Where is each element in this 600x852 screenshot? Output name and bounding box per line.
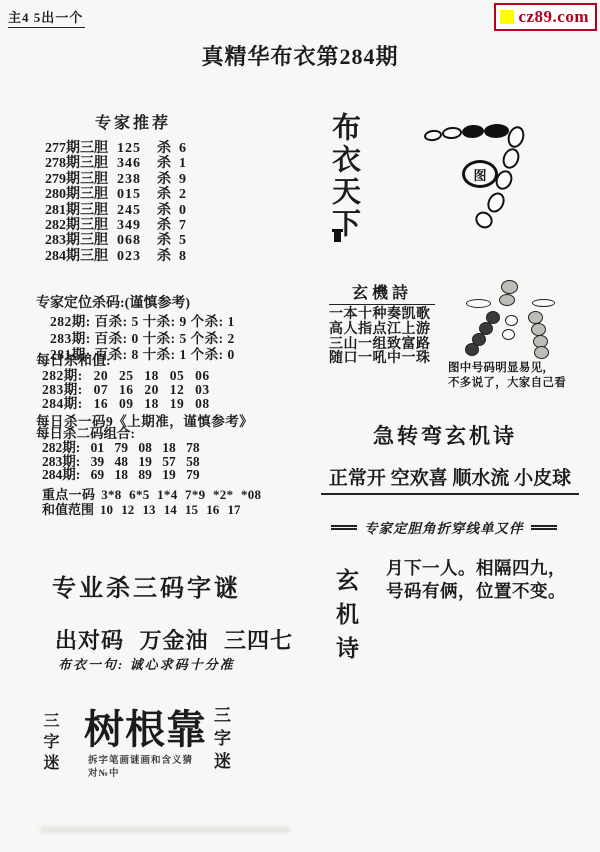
bead [484,189,508,215]
table-row: 278期三胆346杀1 [45,156,265,171]
sharp-turn-line: 正常开 空欢喜 顺水流 小皮球 [321,463,579,495]
daily-kill-two-line: 284期: 69 18 89 19 79 [36,468,200,482]
code: 238 [117,172,157,187]
daily-kill-sum-line: 282期: 20 25 18 05 06 [36,369,210,383]
kill-label: 杀 [157,172,179,187]
daily-kill-sum-section: 每日杀和值: 282期: 20 25 18 05 06283期: 07 16 2… [36,355,210,411]
kill-three-heading: 专业杀三码字谜 [52,568,241,603]
code: 245 [117,203,157,218]
daily-kill-sum-lines: 282期: 20 25 18 05 06283期: 07 16 20 12 03… [36,369,210,411]
table-row: 280期三胆015杀2 [45,187,265,202]
position-kill-line: 283期: 百杀: 0 十杀: 5 个杀: 2 [36,331,235,348]
kill-three-line: 出对码 万金油 三四七 [55,624,293,655]
logo-yellow-square-icon [500,10,514,24]
table-row: 281期三胆245杀0 [45,203,265,218]
table-row: 282期三胆349杀7 [45,218,265,233]
table-row: 284期三胆023杀8 [45,249,265,264]
bead-filled [484,124,509,139]
mystery-poem-lines: 月下一人。相隔四九，号码有俩，位置不变。 [386,557,566,603]
riddle-footnote-line: 拆字笔画谜画和含义猜 [88,755,193,768]
kill-digit: 2 [179,187,186,202]
daily-kill-two-line: 283期: 39 48 19 57 58 [36,455,200,469]
table-row: 283期三胆068杀5 [45,233,265,248]
period: 280期三胆 [45,187,117,202]
code: 068 [117,233,157,248]
mystery-poem-line: 号码有俩，位置不变。 [386,580,566,603]
kill-label: 杀 [157,233,179,248]
kill-digit: 6 [179,141,186,156]
scan-smudge [40,827,290,833]
code: 125 [117,141,157,156]
double-line-right [531,525,557,530]
expert-banner-text: 专家定胆角折穿线单又伴 [364,517,524,537]
xuanji-poem-line: 一本十种奏凯歌 [329,308,435,323]
code: 015 [117,187,157,202]
code: 346 [117,156,157,171]
buyi-tianxia-vertical-text: 布衣天下 [324,112,365,240]
expert-recommend-rows: 277期三胆125杀6278期三胆346杀1279期三胆238杀9280期三胆0… [45,141,265,264]
expert-recommend-heading: 专家推荐 [95,110,265,133]
coin-figure [446,280,558,360]
kill-digit: 1 [179,156,186,171]
daily-kill-two-lines: 282期: 01 79 08 18 78283期: 39 48 19 57 58… [36,441,200,482]
bead-number-7-figure: 图 [420,118,538,236]
kill-label: 杀 [157,187,179,202]
position-kill-section: 专家定位杀码:(谨慎参考) 282期: 百杀: 5 十杀: 9 个杀: 1283… [36,292,235,364]
daily-kill-sum-heading: 每日杀和值: [36,355,210,369]
xuanji-poem-line: 高人指点江上游 [329,323,435,338]
period: 284期三胆 [45,249,117,264]
mystery-poem-line: 月下一人。相隔四九， [386,557,566,580]
position-kill-heading: 专家定位杀码:(谨慎参考) [36,292,235,312]
expert-banner: 专家定胆角折穿线单又伴 [331,517,577,537]
figure-note-line: 不多说了，大家自己看 [448,376,566,391]
figure-note-line: 图中号码明显易见， [448,361,566,376]
bead-filled [462,124,485,139]
three-char-riddle-answer: 树根靠 [84,698,207,755]
daily-kill-two-section: 每日杀二码组合: 282期: 01 79 08 18 78283期: 39 48… [36,427,200,482]
xuanji-poem-section: 玄機詩 一本十种奏凯歌高人指点江上游三山一组致富路随口一吼中一珠 [329,280,435,367]
position-kill-line: 282期: 百杀: 5 十杀: 9 个杀: 1 [36,314,235,331]
figure-note: 图中号码明显易见，不多说了，大家自己看 [448,361,566,391]
kill-digit: 9 [179,172,186,187]
xuanji-poem-lines: 一本十种奏凯歌高人指点江上游三山一组致富路随口一吼中一珠 [329,308,435,367]
xuanji-poem-line: 随口一吼中一珠 [329,352,435,367]
ink-mark [334,229,341,242]
three-char-riddle-right-label: 三字迷 [208,706,233,775]
three-char-riddle-left-label: 三字迷 [38,712,61,775]
buyi-sentence: 布衣一句: 诚心求码十分准 [58,654,235,673]
kill-label: 杀 [157,156,179,171]
period: 282期三胆 [45,218,117,233]
period: 279期三胆 [45,172,117,187]
sum-range-line: 和值范围10 12 13 14 15 16 17 [42,499,241,518]
bead [500,146,523,171]
site-logo: cz89.com [494,3,597,31]
kill-label: 杀 [157,218,179,233]
daily-kill-two-line: 282期: 01 79 08 18 78 [36,441,200,455]
riddle-footnote-line: 对№中 [88,768,193,781]
logo-text: cz89.com [518,7,589,27]
xuanji-poem-heading: 玄機詩 [329,280,435,305]
table-row: 277期三胆125杀6 [45,141,265,156]
daily-kill-two-heading: 每日杀二码组合: [36,427,200,441]
sum-range-label: 和值范围 [42,502,94,517]
double-line-left [331,525,357,530]
daily-kill-sum-line: 284期: 16 09 18 19 08 [36,397,210,411]
period: 283期三胆 [45,233,117,248]
bead-with-character: 图 [462,160,498,188]
kill-digit: 8 [179,249,186,264]
period: 281期三胆 [45,203,117,218]
riddle-footnote: 拆字笔画谜画和含义猜对№中 [88,755,193,781]
bead [442,126,463,140]
kill-label: 杀 [157,249,179,264]
kill-digit: 5 [179,233,186,248]
period: 277期三胆 [45,141,117,156]
kill-label: 杀 [157,203,179,218]
daily-kill-sum-line: 283期: 07 16 20 12 03 [36,383,210,397]
sum-range-value: 10 12 13 14 15 16 17 [100,502,241,517]
sharp-turn-heading: 急转弯玄机诗 [320,420,570,450]
kill-label: 杀 [157,141,179,156]
expert-recommend-section: 专家推荐 277期三胆125杀6278期三胆346杀1279期三胆238杀928… [45,110,265,264]
code: 349 [117,218,157,233]
page-title: 真精华布衣第284期 [0,40,600,71]
top-note: 主4 5出一个 [8,7,85,28]
code: 023 [117,249,157,264]
mystery-poem-vertical-label: 玄机诗 [329,568,362,670]
table-row: 279期三胆238杀9 [45,172,265,187]
bead [423,129,442,142]
period: 278期三胆 [45,156,117,171]
kill-digit: 7 [179,218,186,233]
bead-character: 图 [473,165,486,184]
kill-digit: 0 [179,203,186,218]
buyi-lottery-sheet: 主4 5出一个 cz89.com 真精华布衣第284期 专家推荐 277期三胆1… [0,0,600,852]
